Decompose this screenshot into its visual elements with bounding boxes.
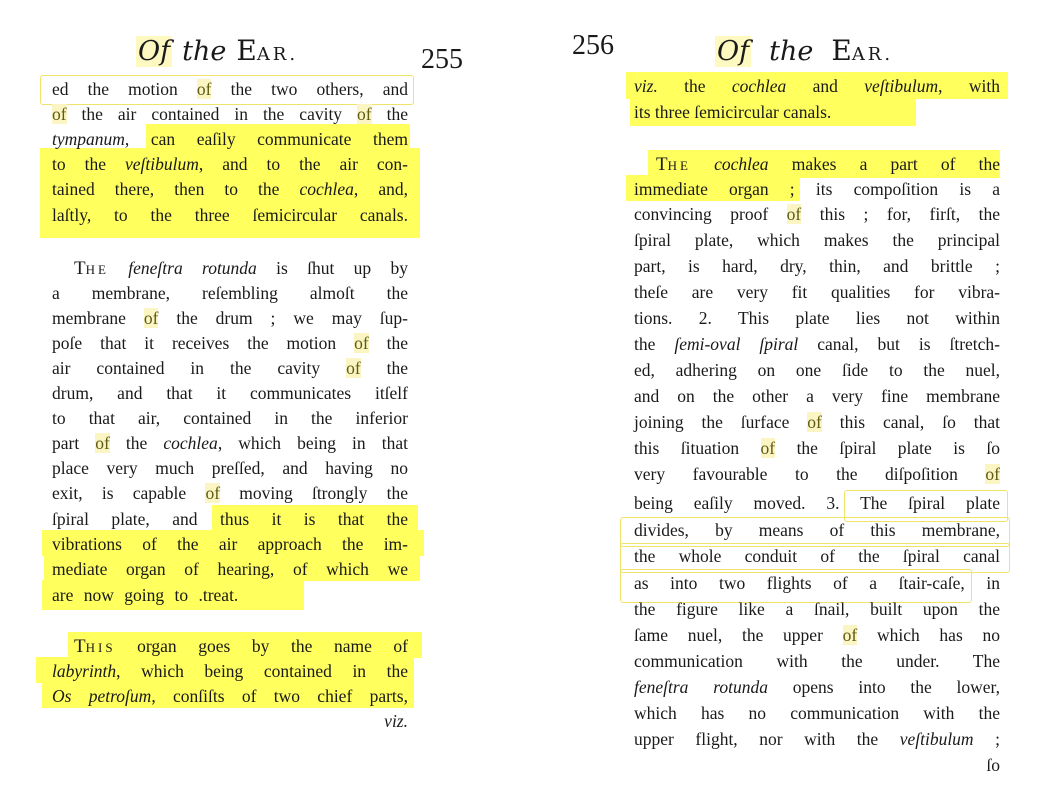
running-head-ear-rest: AR.: [257, 44, 298, 65]
text-line: divides, by means of this membrane,: [634, 518, 1000, 544]
highlighted-run: organ goes by the name of: [116, 636, 408, 656]
text-line: ſpiral plate, and thus it is that the: [52, 507, 408, 533]
text-run: drum, and that it communicates itſelf: [52, 383, 408, 403]
small-caps: HE: [668, 158, 691, 173]
text-run: the air contained in the cavity: [67, 104, 357, 124]
text-line: THE cochlea makes a part of the: [656, 152, 1000, 178]
text-run: part: [52, 433, 95, 453]
small-cap-initial: T: [74, 258, 86, 279]
word-of: of: [52, 104, 67, 124]
text-line: are now going to .treat.: [52, 583, 408, 609]
word-of: of: [354, 333, 369, 353]
small-cap-initial: T: [74, 636, 86, 657]
text-run: the: [372, 104, 408, 124]
text-run: its compoſition is a: [795, 179, 1000, 199]
text-line: tions. 2. This plate lies not within: [634, 306, 1000, 332]
text-line: joining the ſurface of this canal, ſo th…: [634, 410, 1000, 436]
text-line: of the air contained in the cavity of th…: [52, 102, 408, 128]
left-page: OftheEAR. 255 ed the motion of the two o…: [0, 0, 520, 786]
running-head-ear-initial: E: [831, 34, 851, 67]
text-run: the figure like a ſnail, built upon the: [634, 599, 1000, 619]
text-line: THE feneſtra rotunda is ſhut up by: [74, 256, 408, 282]
highlighted-run: its three ſemicircular canals.: [634, 102, 831, 122]
text-run: moving ſtrongly the: [220, 483, 408, 503]
text-line: laſtly, to the three ſemicircular canals…: [52, 203, 408, 229]
italic-term: cochlea: [714, 154, 768, 174]
text-line: very favourable to the diſpoſition of: [634, 462, 1000, 488]
catchword: viz.: [52, 709, 408, 735]
text-line: viz. the cochlea and veſtibulum, with: [634, 74, 1000, 100]
italic-term: Os petroſum: [52, 686, 151, 706]
text-line: the ſemi-oval ſpiral canal, but is ſtret…: [634, 332, 1000, 358]
highlighted-run: vibrations of the air approach the im-: [52, 534, 408, 554]
text-line: immediate organ ; its compoſition is a: [634, 177, 1000, 203]
text-line: ſpiral plate, which makes the principal: [634, 228, 1000, 254]
word-of: of: [761, 438, 776, 458]
text-line: THIS organ goes by the name of: [74, 634, 408, 660]
text-line: as into two flights of a ſtair-caſe, in: [634, 571, 1000, 597]
text-line: membrane of the drum ; we may ſup-: [52, 306, 408, 332]
text-run: ſpiral plate, which makes the principal: [634, 230, 1000, 250]
text-run: poſe that it receives the motion: [52, 333, 354, 353]
running-head-the: the: [769, 36, 813, 67]
word-of: of: [807, 412, 822, 432]
text-line: ed the motion of the two others, and: [52, 77, 408, 103]
word-of: of: [843, 625, 858, 645]
text-line: part of the cochlea, which being in that: [52, 431, 408, 457]
highlighted-run: mediate organ of hearing, of which we: [52, 559, 408, 579]
text-line: air contained in the cavity of the: [52, 356, 408, 382]
catchword-text: viz.: [384, 711, 408, 731]
text-run: and on the other a very fine membrane: [634, 386, 1000, 406]
text-run: , can eaſily communicate them: [125, 129, 408, 149]
text-run: , and to the air con-: [199, 154, 408, 174]
highlighted-run: , which being contained in the: [116, 661, 408, 681]
text-run: being eaſily moved. 3.: [634, 493, 860, 513]
word-of: of: [346, 358, 361, 378]
text-line: Os petroſum, conſiſts of two chief parts…: [52, 684, 408, 710]
highlighted-run: , conſiſts of two chief parts,: [151, 686, 408, 706]
highlighted-run: The ſpiral plate: [860, 493, 1000, 513]
text-run: air contained in the cavity: [52, 358, 346, 378]
text-run: tions. 2. This plate lies not within: [634, 308, 1000, 328]
text-run: [109, 258, 128, 278]
highlighted-run: the whole conduit of the ſpiral canal: [634, 546, 1000, 566]
text-line: tained there, then to the cochlea, and,: [52, 177, 408, 203]
text-line: exit, is capable of moving ſtrongly the: [52, 481, 408, 507]
text-run: membrane: [52, 308, 144, 328]
text-line: and on the other a very fine membrane: [634, 384, 1000, 410]
text-run: this ; for, firſt, the: [801, 204, 1000, 224]
text-line: theſe are very fit qualities for vibra-: [634, 280, 1000, 306]
text-line: a membrane, reſembling almoſt the: [52, 281, 408, 307]
running-head-of: Of: [715, 36, 751, 67]
text-line: poſe that it receives the motion of the: [52, 331, 408, 357]
text-run: exit, is capable: [52, 483, 205, 503]
italic-term: feneſtra rotunda: [128, 258, 257, 278]
small-caps: HE: [86, 262, 109, 277]
text-line: to that air, contained in the inferior: [52, 406, 408, 432]
page-number: 256: [572, 30, 614, 62]
text-line: which has no communication with the: [634, 701, 1000, 727]
text-line: communication with the under. The: [634, 649, 1000, 675]
text-run: , which being in that: [218, 433, 408, 453]
highlighted-run: divides, by means of this membrane,: [634, 520, 1000, 540]
running-head-of: Of: [136, 36, 172, 67]
highlighted-run: immediate organ ;: [634, 179, 795, 199]
word-of: of: [357, 104, 372, 124]
text-run: tained there, then to the: [52, 179, 300, 199]
text-run: ed the motion: [52, 79, 197, 99]
text-run: ;: [974, 729, 1000, 749]
italic-term: cochlea: [300, 179, 354, 199]
text-run: the two others, and: [211, 79, 408, 99]
italic-term: veſtibulum: [125, 154, 199, 174]
text-run: , and,: [354, 179, 408, 199]
right-page: 256 OftheEAR. viz. the cochlea and veſti…: [520, 0, 1040, 786]
text-line: drum, and that it communicates itſelf: [52, 381, 408, 407]
text-run: joining the ſurface: [634, 412, 807, 432]
italic-term: feneſtra rotunda: [634, 677, 768, 697]
text-line: the figure like a ſnail, built upon the: [634, 597, 1000, 623]
highlighted-run: as into two flights of a ſtair-caſe,: [634, 573, 965, 593]
text-line: its three ſemicircular canals.: [634, 100, 1000, 126]
italic-term: cochlea: [732, 76, 786, 96]
word-of: of: [197, 79, 212, 99]
text-run: ed, adhering on one ſide to the nuel,: [634, 360, 1000, 380]
text-run: to that air, contained in the inferior: [52, 408, 408, 428]
text-line: convincing proof of this ; for, firſt, t…: [634, 202, 1000, 228]
text-run: and: [786, 76, 864, 96]
word-of: of: [95, 433, 110, 453]
italic-term: ſemi-oval ſpiral: [674, 334, 798, 354]
text-line: feneſtra rotunda opens into the lower,: [634, 675, 1000, 701]
text-run: [691, 154, 714, 174]
text-run: very favourable to the diſpoſition: [634, 464, 985, 484]
text-run: the: [634, 334, 674, 354]
text-line: the whole conduit of the ſpiral canal: [634, 544, 1000, 570]
running-head-ear-rest: AR.: [852, 44, 893, 65]
text-run: ſame nuel, the upper: [634, 625, 843, 645]
italic-term: veſtibulum: [864, 76, 938, 96]
highlighted-run: are now going to .treat.: [52, 585, 238, 605]
text-run: laſtly, to the three ſemicircular canals…: [52, 205, 408, 225]
text-run: the: [369, 333, 408, 353]
word-of: of: [205, 483, 220, 503]
running-head-the: the: [182, 36, 226, 67]
italic-term: cochlea: [163, 433, 217, 453]
text-line: mediate organ of hearing, of which we: [52, 557, 408, 583]
text-run: which has no: [857, 625, 1000, 645]
text-run: is ſhut up by: [257, 258, 408, 278]
text-line: being eaſily moved. 3. The ſpiral plate: [634, 491, 1000, 517]
italic-term: veſtibulum: [900, 729, 974, 749]
text-line: this ſituation of the ſpiral plate is ſo: [634, 436, 1000, 462]
text-run: place very much preſſed, and having no: [52, 458, 408, 478]
text-run: the drum ; we may ſup-: [158, 308, 408, 328]
page-number: 255: [421, 44, 463, 76]
text-run: theſe are very fit qualities for vibra-: [634, 282, 1000, 302]
text-run: a membrane, reſembling almoſt the: [52, 283, 408, 303]
text-run: convincing proof: [634, 204, 787, 224]
word-of: of: [144, 308, 159, 328]
text-line: ed, adhering on one ſide to the nuel,: [634, 358, 1000, 384]
text-run: in: [965, 573, 1000, 593]
text-line: place very much preſſed, and having no: [52, 456, 408, 482]
text-line: ſame nuel, the upper of which has no: [634, 623, 1000, 649]
text-run: ſpiral plate, and: [52, 509, 220, 529]
text-run: this ſituation: [634, 438, 761, 458]
word-of: of: [787, 204, 802, 224]
text-run: which has no communication with the: [634, 703, 1000, 723]
italic-term: viz.: [634, 76, 658, 96]
text-run: communication with the under. The: [634, 651, 1000, 671]
running-head: OftheEAR.: [715, 34, 893, 72]
text-run: part, is hard, dry, thin, and brittle ;: [634, 256, 1000, 276]
italic-term: tympanum: [52, 129, 125, 149]
text-line: labyrinth, which being contained in the: [52, 659, 408, 685]
small-caps: HIS: [86, 640, 116, 655]
highlighted-run: makes a part of the: [769, 154, 1000, 174]
word-of: of: [985, 464, 1000, 484]
text-run: opens into the lower,: [768, 677, 1000, 697]
running-head: OftheEAR.: [136, 34, 298, 72]
small-cap-initial: T: [656, 154, 668, 175]
text-run: upper flight, nor with the: [634, 729, 900, 749]
text-run: , with: [938, 76, 1000, 96]
running-head-ear-initial: E: [236, 34, 256, 67]
text-line: upper flight, nor with the veſtibulum ;: [634, 727, 1000, 753]
highlighted-run: thus it is that the: [220, 509, 408, 529]
text-line: tympanum, can eaſily communicate them: [52, 127, 408, 153]
catchword: ſo: [634, 753, 1000, 779]
text-run: the: [658, 76, 732, 96]
catchword-text: ſo: [986, 755, 1000, 775]
text-line: vibrations of the air approach the im-: [52, 532, 408, 558]
text-run: this canal, ſo that: [822, 412, 1000, 432]
text-run: the ſpiral plate is ſo: [775, 438, 1000, 458]
text-run: canal, but is ſtretch-: [798, 334, 1000, 354]
text-line: to the veſtibulum, and to the air con-: [52, 152, 408, 178]
text-line: part, is hard, dry, thin, and brittle ;: [634, 254, 1000, 280]
italic-term: labyrinth: [52, 661, 116, 681]
text-run: the: [110, 433, 164, 453]
text-run: to the: [52, 154, 125, 174]
text-run: the: [361, 358, 408, 378]
